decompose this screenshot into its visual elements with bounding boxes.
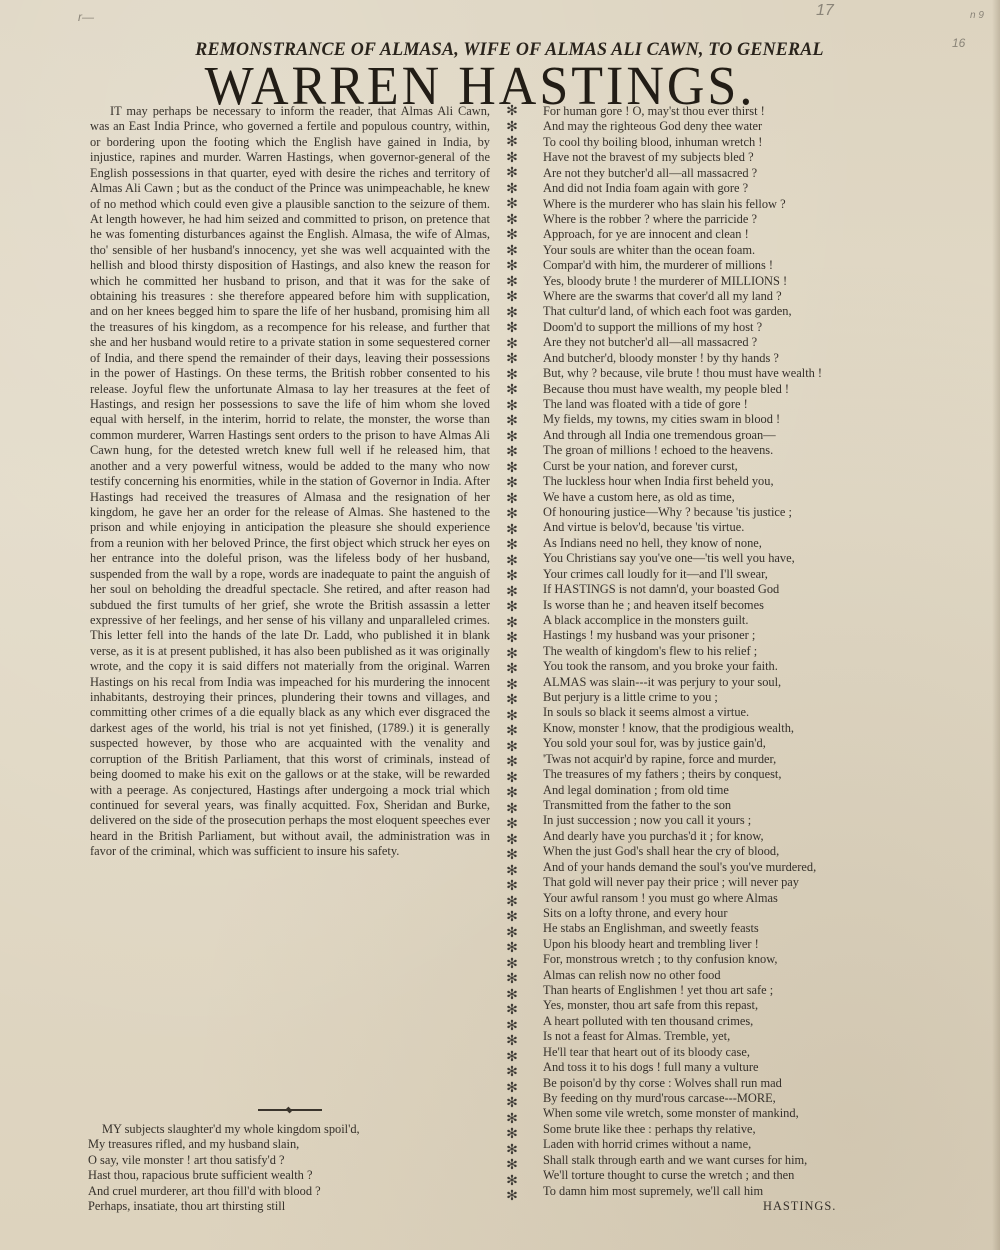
poem-line: But perjury is a little crime to you ; — [543, 690, 943, 705]
asterisk-ornament-icon: ✻ — [503, 910, 521, 926]
asterisk-ornament-icon: ✻ — [503, 647, 521, 663]
poem-line: That cultur'd land, of which each foot w… — [543, 304, 943, 319]
asterisk-ornament-icon: ✻ — [503, 786, 521, 802]
poem-line: For, monstrous wretch ; to thy confusion… — [543, 952, 943, 967]
poem-line: The treasures of my fathers ; theirs by … — [543, 767, 943, 782]
asterisk-ornament-icon: ✻ — [503, 538, 521, 554]
poem-line: Almas can relish now no other food — [543, 968, 943, 983]
asterisk-ornament-icon: ✻ — [503, 507, 521, 523]
asterisk-ornament-icon: ✻ — [503, 399, 521, 415]
poem-line: My treasures rifled, and my husband slai… — [88, 1137, 508, 1152]
asterisk-ornament-icon: ✻ — [503, 461, 521, 477]
asterisk-ornament-icon: ✻ — [503, 848, 521, 864]
asterisk-ornament-icon: ✻ — [503, 228, 521, 244]
asterisk-ornament-icon: ✻ — [503, 926, 521, 942]
asterisk-ornament-icon: ✻ — [503, 755, 521, 771]
poem-line: Perhaps, insatiate, thou art thirsting s… — [88, 1199, 508, 1214]
asterisk-ornament-icon: ✻ — [503, 1003, 521, 1019]
asterisk-ornament-icon: ✻ — [503, 585, 521, 601]
poem-line: The wealth of kingdom's flew to his reli… — [543, 644, 943, 659]
asterisk-ornament-icon: ✻ — [503, 1127, 521, 1143]
poem-line: And butcher'd, bloody monster ! by thy h… — [543, 351, 943, 366]
intro-column: IT may perhaps be necessary to inform th… — [90, 104, 490, 860]
archive-mark-top-left: r— — [78, 10, 94, 24]
asterisk-ornament-icon: ✻ — [503, 337, 521, 353]
poem-line: And dearly have you purchas'd it ; for k… — [543, 829, 943, 844]
poem-line: A black accomplice in the monsters guilt… — [543, 613, 943, 628]
poem-line: Have not the bravest of my subjects bled… — [543, 150, 943, 165]
poem-line: Sits on a lofty throne, and every hour — [543, 906, 943, 921]
poem-line: And legal domination ; from old time — [543, 783, 943, 798]
poem-line: Some brute like thee : perhaps thy relat… — [543, 1122, 943, 1137]
asterisk-ornament-icon: ✻ — [503, 817, 521, 833]
poem-line: Be poison'd by thy corse : Wolves shall … — [543, 1076, 943, 1091]
poem-line: That gold will never pay their price ; w… — [543, 875, 943, 890]
asterisk-ornament-icon: ✻ — [503, 895, 521, 911]
asterisk-ornament-icon: ✻ — [503, 352, 521, 368]
asterisk-ornament-icon: ✻ — [503, 600, 521, 616]
asterisk-ornament-icon: ✻ — [503, 244, 521, 260]
asterisk-ornament-icon: ✻ — [503, 290, 521, 306]
poem-line: Than hearts of Englishmen ! yet thou art… — [543, 983, 943, 998]
asterisk-ornament-icon: ✻ — [503, 631, 521, 647]
asterisk-ornament-icon: ✻ — [503, 492, 521, 508]
poem-line: We have a custom here, as old as time, — [543, 490, 943, 505]
poem-line: And toss it to his dogs ! full many a vu… — [543, 1060, 943, 1075]
asterisk-ornament-icon: ✻ — [503, 182, 521, 198]
poem-line: Are not they butcher'd all—all massacred… — [543, 166, 943, 181]
poem-line: Yes, monster, thou art safe from this re… — [543, 998, 943, 1013]
asterisk-ornament-icon: ✻ — [503, 771, 521, 787]
poem-line: For human gore ! O, may'st thou ever thi… — [543, 104, 943, 119]
poem-line: In just succession ; now you call it you… — [543, 813, 943, 828]
poem-line: Is worse than he ; and heaven itself bec… — [543, 598, 943, 613]
asterisk-ornament-icon: ✻ — [503, 1189, 521, 1205]
poem-line: Your awful ransom ! you must go where Al… — [543, 891, 943, 906]
asterisk-ornament-icon: ✻ — [503, 445, 521, 461]
poem-line: Your crimes call loudly for it—and I'll … — [543, 567, 943, 582]
asterisk-ornament-icon: ✻ — [503, 120, 521, 136]
asterisk-ornament-icon: ✻ — [503, 151, 521, 167]
asterisk-ornament-icon: ✻ — [503, 1019, 521, 1035]
poem-line: O say, vile monster ! art thou satisfy'd… — [88, 1153, 508, 1168]
poem-line: My fields, my towns, my cities swam in b… — [543, 412, 943, 427]
poem-line: Hastings ! my husband was your prisoner … — [543, 628, 943, 643]
asterisk-ornament-icon: ✻ — [503, 368, 521, 384]
asterisk-ornament-icon: ✻ — [503, 616, 521, 632]
asterisk-ornament-icon: ✻ — [503, 1081, 521, 1097]
broadside-page: r— 17 16 n 9 REMONSTRANCE OF ALMASA, WIF… — [0, 0, 1000, 1250]
poem-line: The land was floated with a tide of gore… — [543, 397, 943, 412]
poem-line: If HASTINGS is not damn'd, your boasted … — [543, 582, 943, 597]
asterisk-ornament-icon: ✻ — [503, 957, 521, 973]
poem-line: Yes, bloody brute ! the murderer of MILL… — [543, 274, 943, 289]
poem-line: Your souls are whiter than the ocean foa… — [543, 243, 943, 258]
asterisk-ornament-icon: ✻ — [503, 833, 521, 849]
poem-line: You took the ransom, and you broke your … — [543, 659, 943, 674]
poem-line: We'll torture thought to curse the wretc… — [543, 1168, 943, 1183]
asterisk-ornament-icon: ✻ — [503, 275, 521, 291]
asterisk-ornament-icon: ✻ — [503, 1112, 521, 1128]
asterisk-ornament-icon: ✻ — [503, 941, 521, 957]
asterisk-ornament-icon: ✻ — [503, 1050, 521, 1066]
poem-line: 'Twas not acquir'd by rapine, force and … — [543, 752, 943, 767]
asterisk-ornament-icon: ✻ — [503, 972, 521, 988]
poem-line: To cool thy boiling blood, inhuman wretc… — [543, 135, 943, 150]
poem-line: Know, monster ! know, that the prodigiou… — [543, 721, 943, 736]
asterisk-ornament-icon: ✻ — [503, 430, 521, 446]
poem-line: Because thou must have wealth, my people… — [543, 382, 943, 397]
asterisk-ornament-icon: ✻ — [503, 414, 521, 430]
asterisk-ornament-icon: ✻ — [503, 383, 521, 399]
asterisk-ornament-icon: ✻ — [503, 1034, 521, 1050]
poem-line: Hast thou, rapacious brute sufficient we… — [88, 1168, 508, 1183]
asterisk-ornament-icon: ✻ — [503, 724, 521, 740]
intro-paragraph: IT may perhaps be necessary to inform th… — [90, 104, 490, 860]
poem-line: And cruel murderer, art thou fill'd with… — [88, 1184, 508, 1199]
poem-signature: HASTINGS. — [543, 1199, 943, 1214]
poem-line: The groan of millions ! echoed to the he… — [543, 443, 943, 458]
section-ornament-divider — [258, 1108, 322, 1112]
poem-line: And virtue is belov'd, because 'tis virt… — [543, 520, 943, 535]
asterisk-ornament-icon: ✻ — [503, 1174, 521, 1190]
poem-line: Shall stalk through earth and we want cu… — [543, 1153, 943, 1168]
asterisk-ornament-icon: ✻ — [503, 1158, 521, 1174]
poem-line: Curst be your nation, and forever curst, — [543, 459, 943, 474]
asterisk-ornament-icon: ✻ — [503, 1096, 521, 1112]
poem-line: MY subjects slaughter'd my whole kingdom… — [88, 1122, 508, 1137]
asterisk-ornament-icon: ✻ — [503, 709, 521, 725]
poem-line: Transmitted from the father to the son — [543, 798, 943, 813]
poem-line: When the just God's shall hear the cry o… — [543, 844, 943, 859]
poem-line: You Christians say you've one—'tis well … — [543, 551, 943, 566]
poem-line: Approach, for ye are innocent and clean … — [543, 227, 943, 242]
asterisk-ornament-icon: ✻ — [503, 879, 521, 895]
asterisk-ornament-icon: ✻ — [503, 135, 521, 151]
poem-line: ALMAS was slain---it was perjury to your… — [543, 675, 943, 690]
asterisk-ornament-icon: ✻ — [503, 864, 521, 880]
asterisk-ornament-icon: ✻ — [503, 678, 521, 694]
asterisk-column-divider: ✻✻✻✻✻✻✻✻✻✻✻✻✻✻✻✻✻✻✻✻✻✻✻✻✻✻✻✻✻✻✻✻✻✻✻✻✻✻✻✻… — [503, 104, 521, 1205]
poem-line: Of honouring justice—Why ? because 'tis … — [543, 505, 943, 520]
poem-line: A heart polluted with ten thousand crime… — [543, 1014, 943, 1029]
asterisk-ornament-icon: ✻ — [503, 306, 521, 322]
asterisk-ornament-icon: ✻ — [503, 1065, 521, 1081]
poem-line: You sold your soul for, was by justice g… — [543, 736, 943, 751]
asterisk-ornament-icon: ✻ — [503, 988, 521, 1004]
poem-continuation-column: For human gore ! O, may'st thou ever thi… — [543, 104, 943, 1214]
asterisk-ornament-icon: ✻ — [503, 523, 521, 539]
asterisk-ornament-icon: ✻ — [503, 166, 521, 182]
archive-mark-corner-note: n 9 — [970, 10, 984, 21]
poem-line: And through all India one tremendous gro… — [543, 428, 943, 443]
poem-line: Where is the murderer who has slain his … — [543, 197, 943, 212]
poem-line: And did not India foam again with gore ? — [543, 181, 943, 196]
asterisk-ornament-icon: ✻ — [503, 569, 521, 585]
asterisk-ornament-icon: ✻ — [503, 259, 521, 275]
poem-opening-stanza: MY subjects slaughter'd my whole kingdom… — [88, 1122, 508, 1214]
poem-line: And may the righteous God deny thee wate… — [543, 119, 943, 134]
poem-line: By feeding on thy murd'rous carcase---MO… — [543, 1091, 943, 1106]
poem-line: Upon his bloody heart and trembling live… — [543, 937, 943, 952]
poem-line: Compar'd with him, the murderer of milli… — [543, 258, 943, 273]
poem-line: To damn him most supremely, we'll call h… — [543, 1184, 943, 1199]
poem-line: In souls so black it seems almost a virt… — [543, 705, 943, 720]
paper-edge-shadow — [992, 0, 1000, 1250]
asterisk-ornament-icon: ✻ — [503, 104, 521, 120]
asterisk-ornament-icon: ✻ — [503, 662, 521, 678]
poem-line: But, why ? because, vile brute ! thou mu… — [543, 366, 943, 381]
poem-line: Is not a feast for Almas. Tremble, yet, — [543, 1029, 943, 1044]
asterisk-ornament-icon: ✻ — [503, 1143, 521, 1159]
poem-line: Doom'd to support the millions of my hos… — [543, 320, 943, 335]
title-block: REMONSTRANCE OF ALMASA, WIFE OF ALMAS AL… — [0, 38, 1000, 112]
poem-line: Laden with horrid crimes without a name, — [543, 1137, 943, 1152]
asterisk-ornament-icon: ✻ — [503, 693, 521, 709]
asterisk-ornament-icon: ✻ — [503, 213, 521, 229]
poem-line: When some vile wretch, some monster of m… — [543, 1106, 943, 1121]
poem-line: And of your hands demand the soul's you'… — [543, 860, 943, 875]
poem-line: The luckless hour when India first behel… — [543, 474, 943, 489]
poem-line: Are they not butcher'd all—all massacred… — [543, 335, 943, 350]
poem-line: He'll tear that heart out of its bloody … — [543, 1045, 943, 1060]
asterisk-ornament-icon: ✻ — [503, 476, 521, 492]
asterisk-ornament-icon: ✻ — [503, 802, 521, 818]
poem-line: He stabs an Englishman, and sweetly feas… — [543, 921, 943, 936]
asterisk-ornament-icon: ✻ — [503, 321, 521, 337]
poem-line: Where is the robber ? where the parricid… — [543, 212, 943, 227]
asterisk-ornament-icon: ✻ — [503, 554, 521, 570]
archive-mark-page-number: 17 — [816, 2, 834, 20]
poem-line: As Indians need no hell, they know of no… — [543, 536, 943, 551]
poem-line: Where are the swarms that cover'd all my… — [543, 289, 943, 304]
asterisk-ornament-icon: ✻ — [503, 197, 521, 213]
asterisk-ornament-icon: ✻ — [503, 740, 521, 756]
